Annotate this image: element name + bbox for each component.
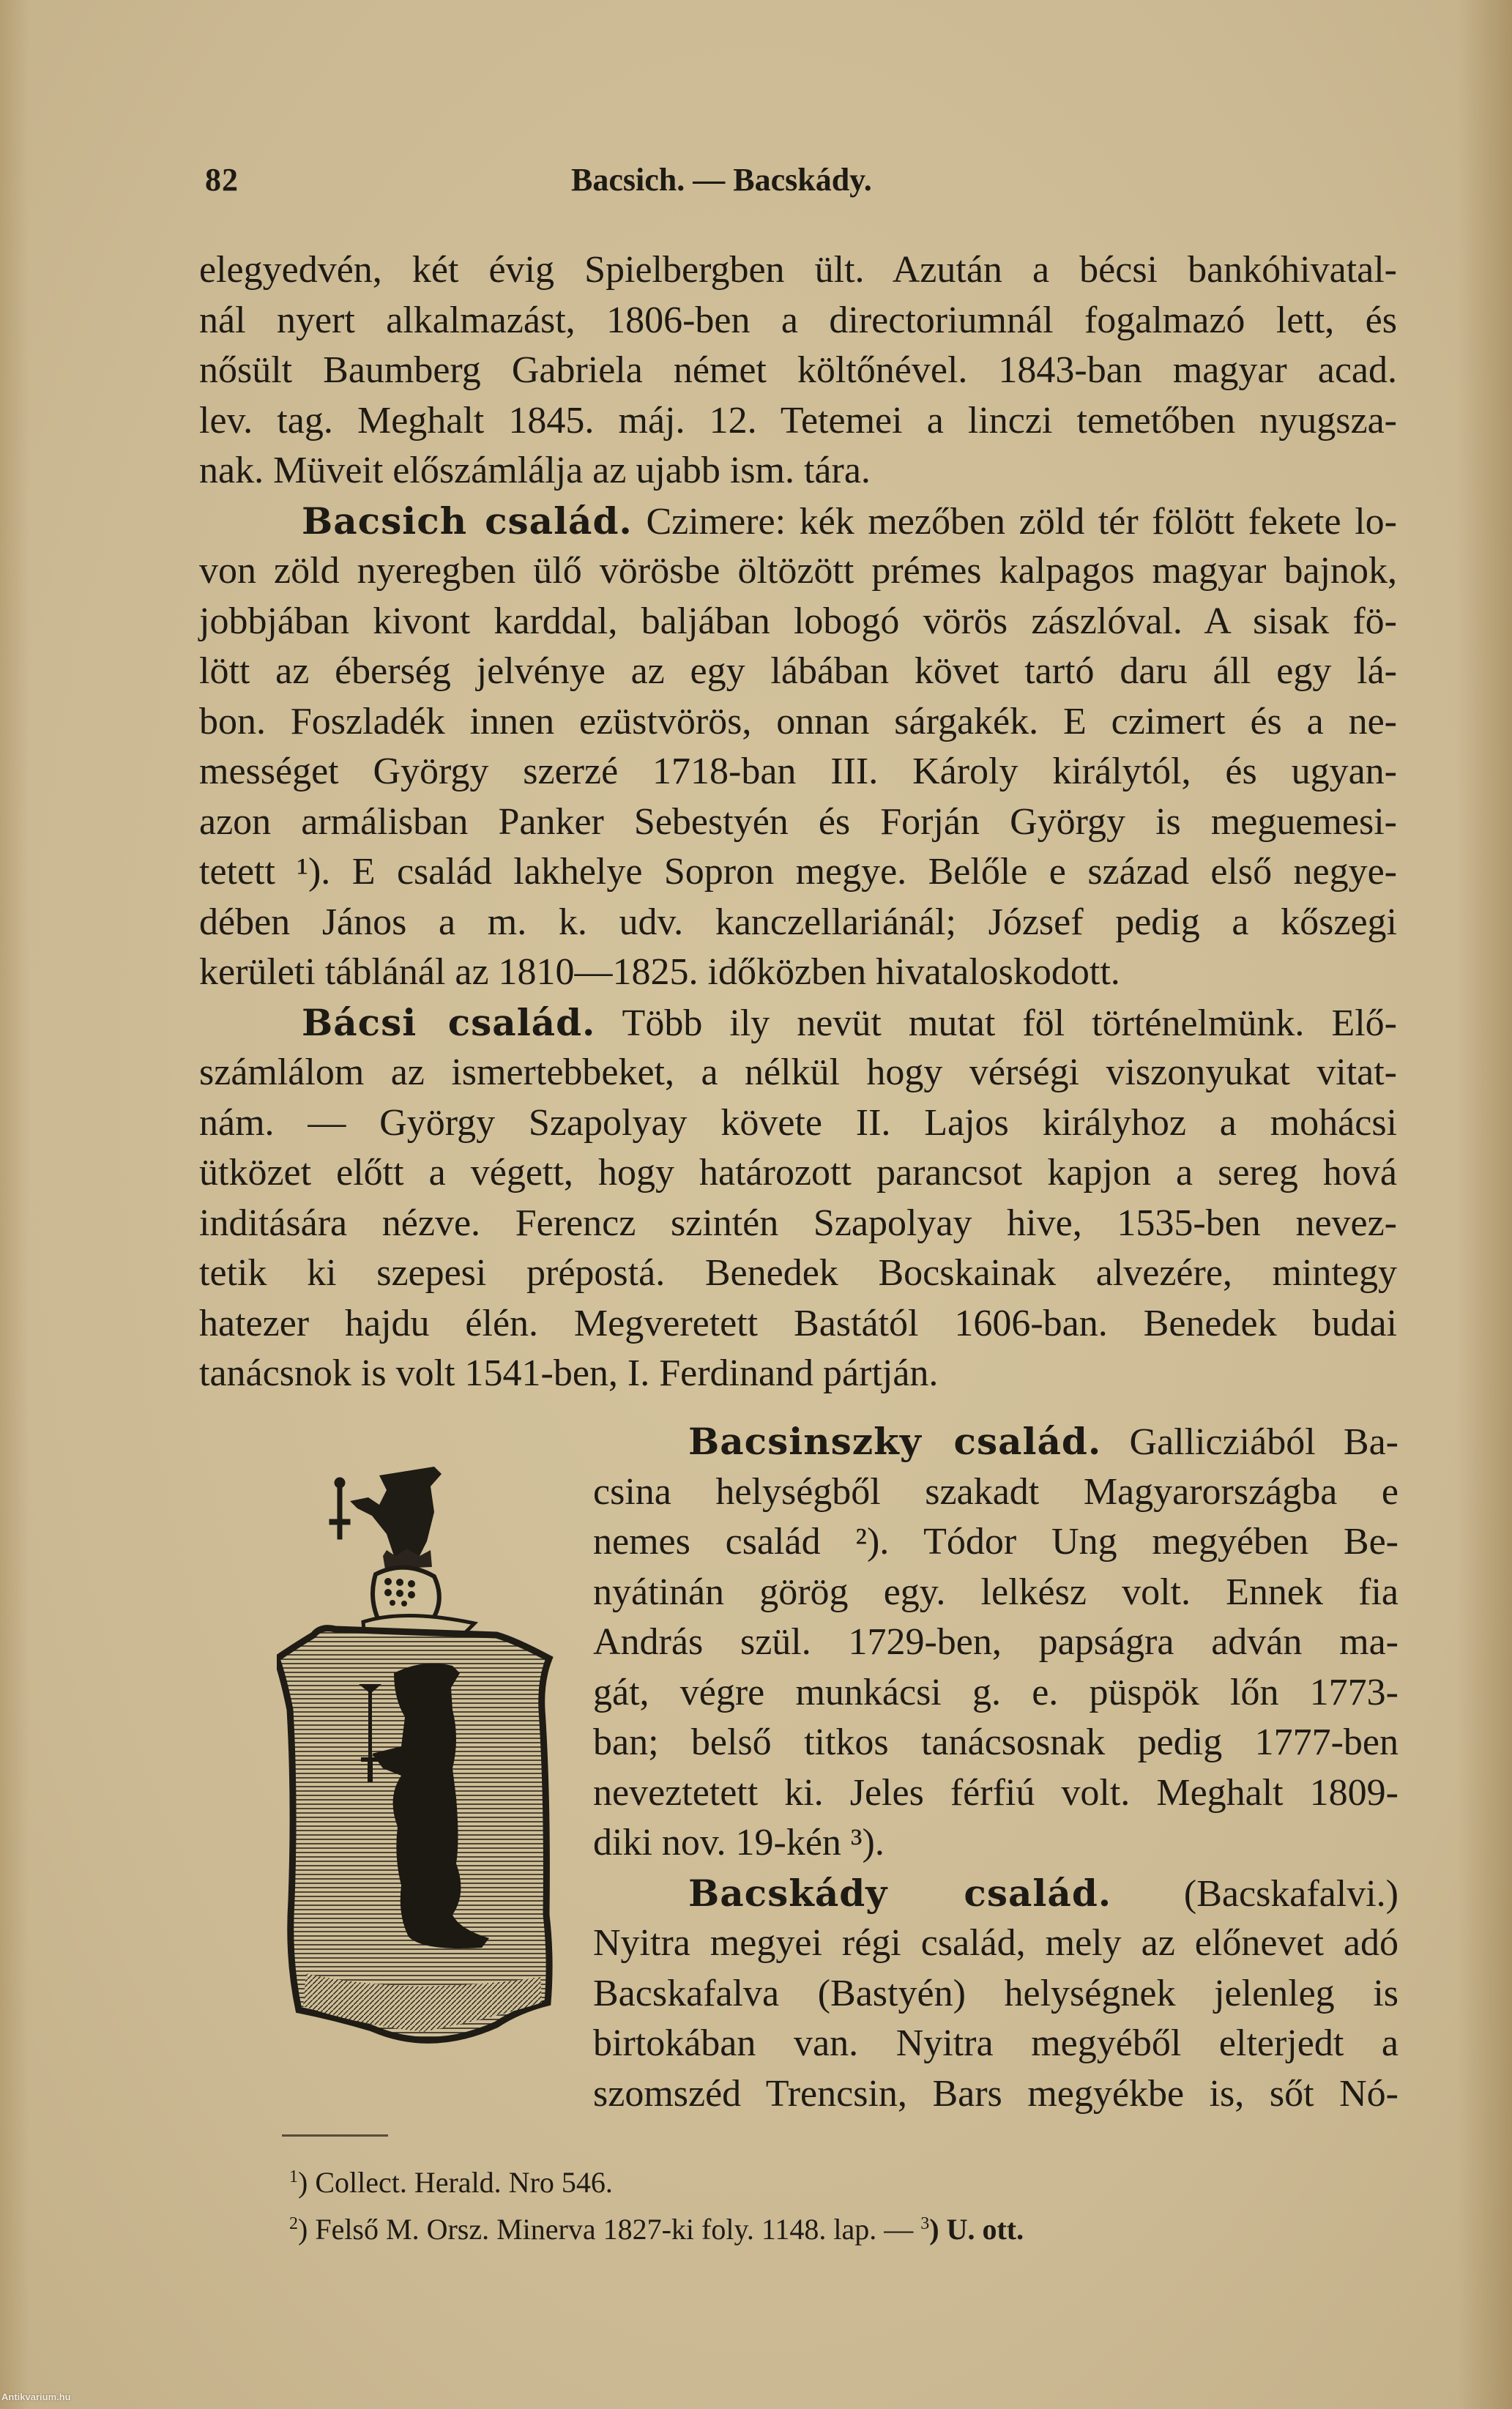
- text-line: szomszéd Trencsin, Bars megyékbe is, sőt…: [593, 2069, 1399, 2120]
- text-line: nám. — György Szapolyay követe II. Lajos…: [199, 1098, 1397, 1149]
- footnote-3-mark: 3: [920, 2214, 929, 2233]
- crest-sword-icon: [329, 1478, 350, 1539]
- text-line: inditására nézve. Ferencz szintén Szapol…: [199, 1199, 1397, 1249]
- text-line: ütközet előtt a végett, hogy határozott …: [199, 1148, 1397, 1199]
- page-number: 82: [205, 161, 239, 198]
- book-page: 82 Bacsich. — Bacskády. elegyedvén, két …: [0, 0, 1512, 2409]
- main-text-column: elegyedvén, két évig Spielbergben ült. A…: [199, 245, 1397, 1399]
- entry-bacsi-first-line: Bácsi család. Több ily nevüt mutat föl t…: [199, 998, 1397, 1049]
- entry-bacsinszky-first-line: Bacsinszky család. Gallicziából Ba-: [593, 1417, 1399, 1467]
- entry-heading-bacsinszky: Bacsinszky család.: [688, 1420, 1101, 1463]
- footnote-3-text: ) U. ott.: [929, 2213, 1024, 2246]
- side-text-column: Bacsinszky család. Gallicziából Ba- csin…: [593, 1417, 1399, 2119]
- text-line: kerületi táblánál az 1810—1825. időközbe…: [199, 947, 1397, 998]
- text-line: csina helységből szakadt Magyarországba …: [593, 1467, 1399, 1518]
- text-line: ban; belső titkos tanácsosnak pedig 1777…: [593, 1718, 1399, 1768]
- text-line: nyátinán görög egy. lelkész volt. Ennek …: [593, 1568, 1399, 1618]
- text-line: számlálom az ismertebbeket, a nélkül hog…: [199, 1048, 1397, 1098]
- crest-bear-icon: [350, 1467, 442, 1556]
- entry-bacskady-first-line: Bacskády család. (Bacskafalvi.): [593, 1869, 1399, 1919]
- watermark: Antikvarium.hu: [1, 2391, 71, 2402]
- footnotes: 1) Collect. Herald. Nro 546. 2) Felső M.…: [289, 2156, 1241, 2250]
- entry-heading-bacsich: Bacsich család.: [302, 499, 633, 543]
- entry-heading-bacsi: Bácsi család.: [302, 1001, 595, 1044]
- page-header: 82 Bacsich. — Bacskády.: [205, 161, 1366, 205]
- entry-heading-bacskady: Bacskády család.: [688, 1872, 1111, 1915]
- text-line: lött az éberség jelvénye az egy lábában …: [199, 647, 1397, 697]
- text-line: lev. tag. Meghalt 1845. máj. 12. Tetemei…: [199, 396, 1397, 447]
- text-line: nak. Müveit előszámlálja az ujabb ism. t…: [199, 446, 1397, 496]
- text-line: gát, végre munkácsi g. e. püspök lőn 177…: [593, 1668, 1399, 1719]
- text-line: nemes család ²). Tódor Ung megyében Be-: [593, 1517, 1399, 1568]
- text-line: András szül. 1729-ben, papságra adván ma…: [593, 1617, 1399, 1668]
- text-line: mességet György szerzé 1718-ban III. Kár…: [199, 747, 1397, 797]
- footnote-2: 2) Felső M. Orsz. Minerva 1827-ki foly. …: [289, 2203, 1241, 2250]
- text-line: tetik ki szepesi prépostá. Benedek Bocsk…: [199, 1248, 1397, 1299]
- text-line: nősült Baumberg Gabriela német költőnéve…: [199, 346, 1397, 396]
- text-line: neveztetett ki. Jeles férfiú volt. Megha…: [593, 1768, 1399, 1819]
- text-line: azon armálisban Panker Sebestyén és Forj…: [199, 797, 1397, 848]
- text-line: bon. Foszladék innen ezüstvörös, onnan s…: [199, 697, 1397, 748]
- text-line: tanácsnok is volt 1541-ben, I. Ferdinand…: [199, 1349, 1397, 1399]
- text-line: elegyedvén, két évig Spielbergben ült. A…: [199, 245, 1397, 296]
- running-head: Bacsich. — Bacskády.: [571, 161, 872, 198]
- text-line: dében János a m. k. udv. kanczellariánál…: [199, 898, 1397, 948]
- footnote-separator: [282, 2134, 388, 2137]
- text-line: Nyitra megyei régi család, mely az előne…: [593, 1918, 1399, 1969]
- text-line: diki nov. 19-kén ³).: [593, 1818, 1399, 1869]
- text-line: hatezer hajdu élén. Megveretett Bastától…: [199, 1299, 1397, 1349]
- footnote-1: 1) Collect. Herald. Nro 546.: [289, 2156, 1241, 2203]
- text-line: birtokában van. Nyitra megyéből elterjed…: [593, 2019, 1399, 2069]
- text-line: nál nyert alkalmazást, 1806-ben a direct…: [199, 296, 1397, 346]
- entry-bacsich-first-line: Bacsich család. Czimere: kék mezőben zöl…: [199, 496, 1397, 547]
- text-line: Bacskafalva (Bastyén) helységnek jelenle…: [593, 1969, 1399, 2019]
- coat-of-arms-illustration: [277, 1446, 584, 2120]
- text-line: jobbjában kivont karddal, baljában lobog…: [199, 597, 1397, 647]
- helmet-icon: [363, 1568, 474, 1638]
- text-line: von zöld nyeregben ülő vörösbe öltözött …: [199, 546, 1397, 597]
- text-line: tetett ¹). E család lakhelye Sopron megy…: [199, 847, 1397, 898]
